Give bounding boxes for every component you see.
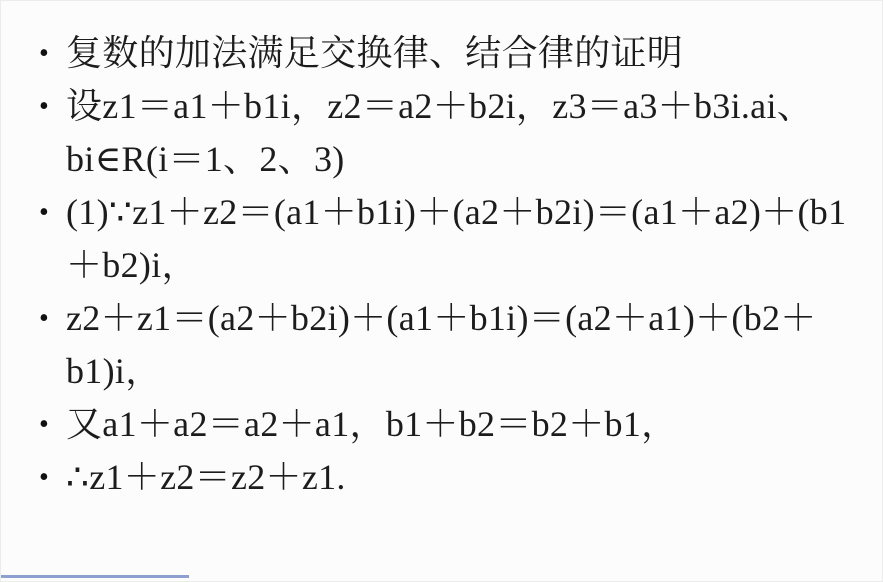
bullet-icon: •: [39, 27, 66, 80]
bullet-icon: •: [39, 451, 66, 504]
bullet-item: • 又a1＋a2＝a2＋a1，b1＋b2＝b2＋b1，: [39, 398, 864, 451]
bullet-text: 又a1＋a2＝a2＋a1，b1＋b2＝b2＋b1，: [66, 398, 858, 451]
bullet-icon: •: [39, 80, 66, 133]
bottom-accent-line: [1, 575, 189, 578]
bullet-item: • 设z1＝a1＋b1i，z2＝a2＋b2i，z3＝a3＋b3i.ai、bi∈R…: [39, 80, 864, 186]
bullet-text: z2＋z1＝(a2＋b2i)＋(a1＋b1i)＝(a2＋a1)＋(b2＋b1)i…: [66, 292, 858, 398]
bullet-text: (1)∵z1＋z2＝(a1＋b1i)＋(a2＋b2i)＝(a1＋a2)＋(b1＋…: [66, 186, 858, 292]
bullet-item: • (1)∵z1＋z2＝(a1＋b1i)＋(a2＋b2i)＝(a1＋a2)＋(b…: [39, 186, 864, 292]
bullet-icon: •: [39, 292, 66, 345]
bullet-item: • 复数的加法满足交换律、结合律的证明: [39, 27, 864, 80]
bullet-item: • z2＋z1＝(a2＋b2i)＋(a1＋b1i)＝(a2＋a1)＋(b2＋b1…: [39, 292, 864, 398]
slide-title-text: 复数的加法满足交换律、结合律的证明: [66, 27, 858, 80]
bullet-icon: •: [39, 186, 66, 239]
bullet-icon: •: [39, 398, 66, 451]
bullet-text: ∴z1＋z2＝z2＋z1.: [66, 451, 858, 504]
slide: • 复数的加法满足交换律、结合律的证明 • 设z1＝a1＋b1i，z2＝a2＋b…: [0, 0, 883, 582]
bullet-item: • ∴z1＋z2＝z2＋z1.: [39, 451, 864, 504]
bullet-text: 设z1＝a1＋b1i，z2＝a2＋b2i，z3＝a3＋b3i.ai、bi∈R(i…: [66, 80, 858, 186]
bullet-list: • 复数的加法满足交换律、结合律的证明 • 设z1＝a1＋b1i，z2＝a2＋b…: [1, 1, 882, 504]
